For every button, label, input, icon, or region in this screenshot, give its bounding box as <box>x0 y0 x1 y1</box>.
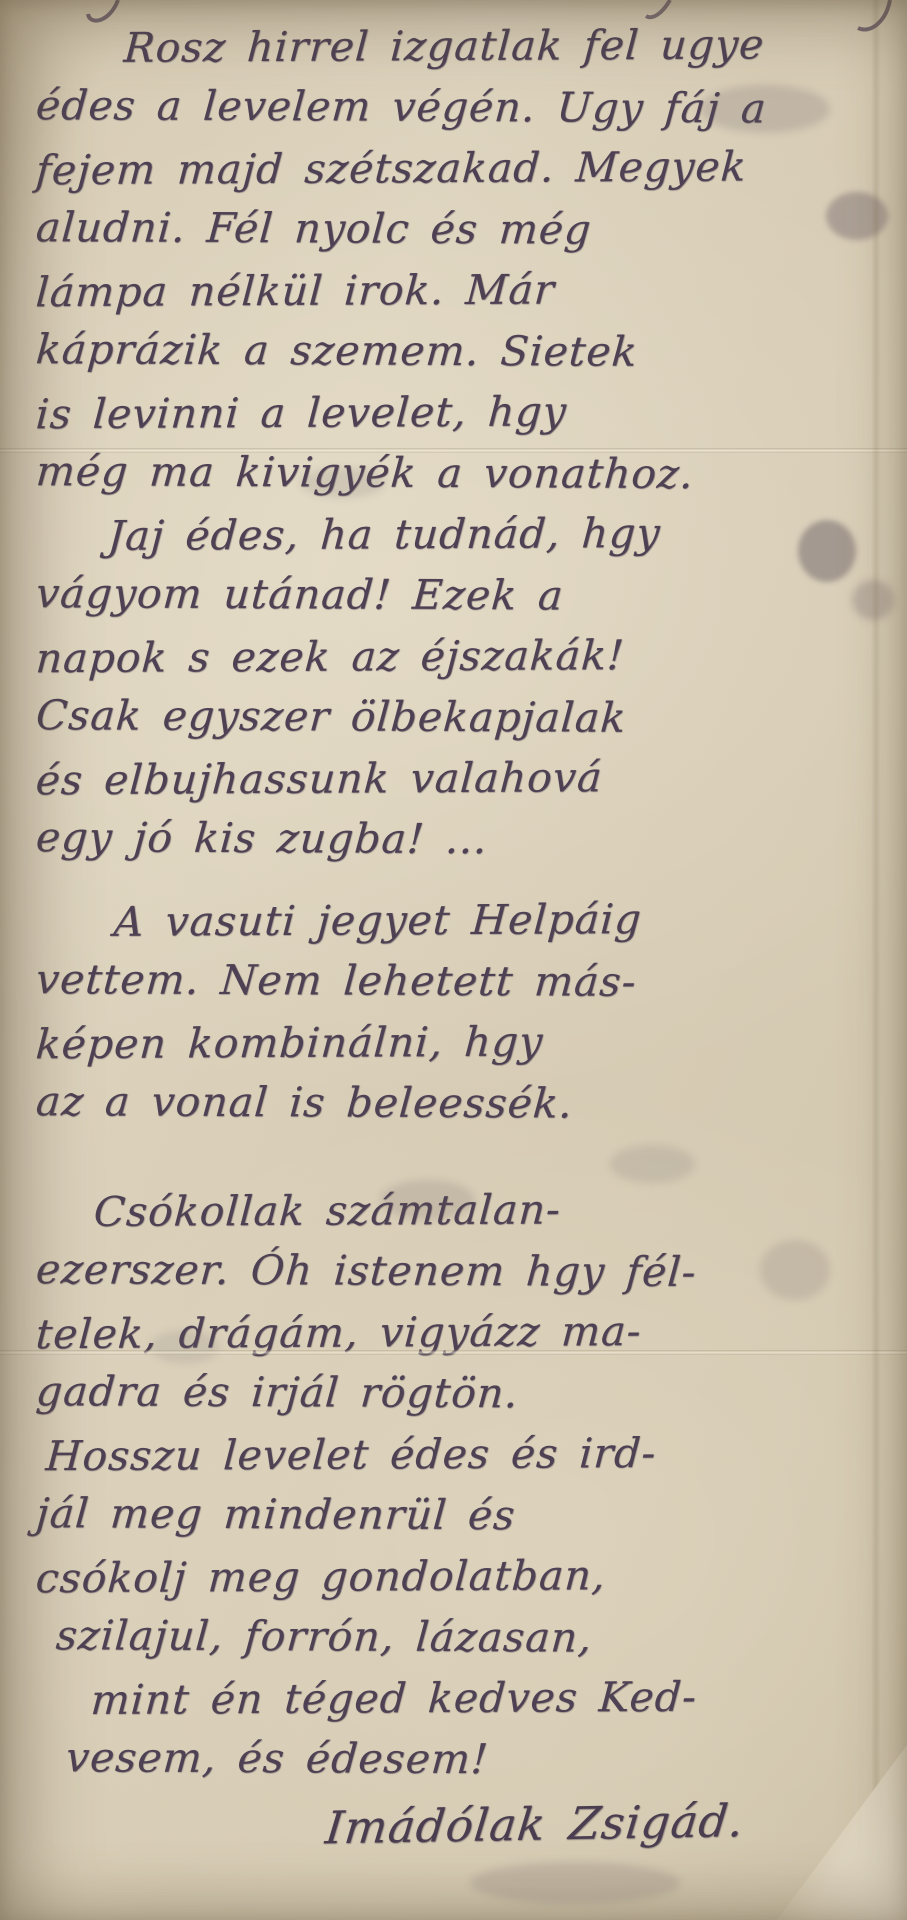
handwritten-letter-scan: Rosz hirrel izgatlak fel ugye édes a lev… <box>0 0 907 1920</box>
letter-line: ezerszer. Óh istenem hgy fél- <box>34 1239 890 1304</box>
letter-line: napok s ezek az éjszakák! <box>34 624 890 689</box>
letter-line: telek, drágám, vigyázz ma- <box>34 1300 890 1365</box>
letter-line: csókolj meg gondolatban, <box>34 1544 890 1609</box>
signature: Imádólak Zsigád. <box>32 1787 892 1866</box>
letter-line: fejem majd szétszakad. Megyek <box>34 136 890 201</box>
letter-line: vesem, és édesem! <box>34 1727 890 1792</box>
letter-line: vágyom utánad! Ezek a <box>34 563 890 628</box>
letter-line: Jaj édes, ha tudnád, hgy <box>34 502 890 567</box>
letter-line: lámpa nélkül irok. Már <box>34 258 890 323</box>
letter-line: is levinni a levelet, hgy <box>34 380 890 445</box>
letter-line: egy jó kis zugba! ... <box>34 807 890 872</box>
letter-body: Rosz hirrel izgatlak fel ugye édes a lev… <box>36 16 888 1858</box>
letter-line: képen kombinálni, hgy <box>34 1010 890 1075</box>
letter-line: káprázik a szemem. Sietek <box>34 319 890 384</box>
letter-line: Rosz hirrel izgatlak fel ugye <box>34 14 890 79</box>
letter-line: szilajul, forrón, lázasan, <box>34 1605 890 1670</box>
letter-line: Csak egyszer ölbekapjalak <box>34 685 890 750</box>
letter-line: és elbujhassunk valahová <box>34 746 890 811</box>
letter-line: Csókollak számtalan- <box>34 1178 890 1243</box>
letter-line: Hosszu levelet édes és ird- <box>34 1422 890 1487</box>
letter-line: mint én téged kedves Ked- <box>34 1666 890 1731</box>
letter-line: gadra és irjál rögtön. <box>34 1361 890 1426</box>
show-through-stain <box>470 1862 680 1904</box>
letter-line: jál meg mindenrül és <box>34 1483 890 1548</box>
letter-line: édes a levelem végén. Ugy fáj a <box>34 75 890 140</box>
letter-line: aludni. Fél nyolc és még <box>34 197 890 262</box>
letter-line: még ma kivigyék a vonathoz. <box>34 441 890 506</box>
letter-line: A vasuti jegyet Helpáig <box>34 888 890 953</box>
letter-line: az a vonal is beleessék. <box>34 1071 890 1136</box>
letter-line: vettem. Nem lehetett más- <box>34 949 890 1014</box>
